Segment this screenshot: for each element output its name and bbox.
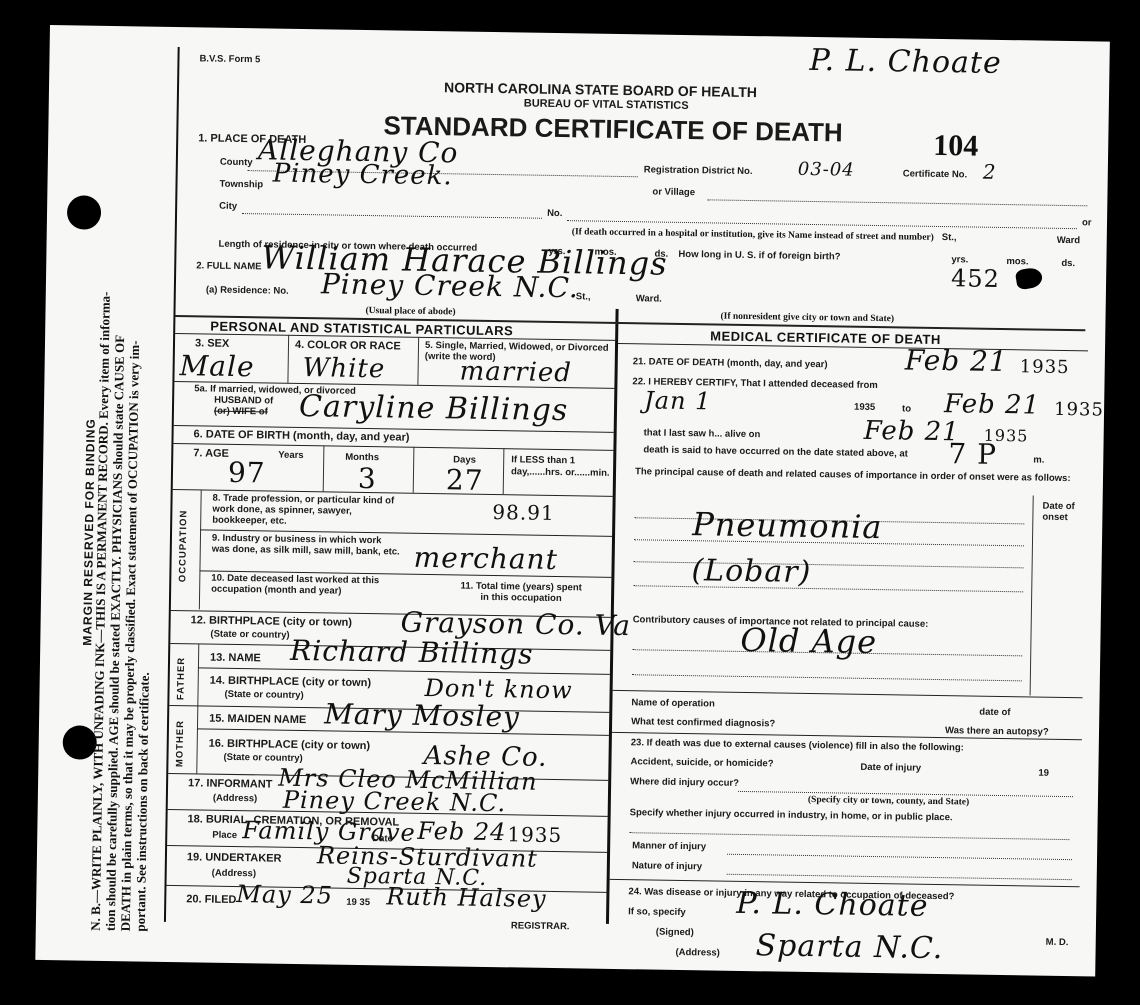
mother-name-label: 15. MAIDEN NAME bbox=[209, 713, 306, 727]
residence-label: (a) Residence: No. bbox=[206, 284, 289, 296]
full-name-label: 2. FULL NAME bbox=[196, 260, 261, 272]
last-saw-label: that I last saw h... alive on bbox=[644, 427, 761, 440]
margin-reserved-text: MARGIN RESERVED FOR BINDING bbox=[80, 418, 98, 646]
father-birthplace-state-label: (State or country) bbox=[224, 689, 303, 701]
attended-from-year: 1935 bbox=[854, 402, 875, 413]
record-note-number: 452 bbox=[951, 264, 1000, 293]
informant-label: 17. INFORMANT bbox=[188, 777, 273, 790]
margin-instructions: N. B.—WRITE PLAINLY, WITH UNFADING INK—T… bbox=[88, 291, 158, 931]
binding-hole-top bbox=[67, 195, 102, 230]
mother-birthplace-state-label: (State or country) bbox=[223, 752, 302, 764]
undertaker-label: 19. UNDERTAKER bbox=[187, 851, 282, 864]
spouse-label-2: HUSBAND of bbox=[214, 395, 273, 407]
street-no-label: No. bbox=[547, 208, 562, 219]
injury-date-label: Date of injury bbox=[860, 762, 921, 774]
last-worked-label: 10. Date deceased last worked at this oc… bbox=[211, 573, 401, 598]
form-left-border bbox=[164, 47, 180, 922]
age-label: 7. AGE bbox=[193, 447, 229, 460]
divider bbox=[287, 335, 289, 383]
date-of-onset-label: Date of onset bbox=[1042, 501, 1102, 524]
agency-title: NORTH CAROLINA STATE BOARD OF HEALTH bbox=[444, 79, 757, 100]
ward-label: Ward bbox=[1057, 235, 1081, 246]
top-signature: P. L. Choate bbox=[809, 43, 1002, 81]
nature-label: Nature of injury bbox=[632, 860, 702, 872]
foreign-mos-label: mos. bbox=[1006, 256, 1028, 267]
to-label: to bbox=[902, 403, 911, 414]
physician-address-value[interactable]: Sparta N.C. bbox=[755, 928, 943, 966]
certificate-no-label: Certificate No. bbox=[903, 168, 968, 180]
foreign-birth-label: How long in U. S. if of foreign birth? bbox=[678, 249, 840, 263]
age-days-value[interactable]: 27 bbox=[446, 463, 484, 497]
township-value[interactable]: Piney Creek. bbox=[272, 159, 452, 192]
certificate-paper: N. B.—WRITE PLAINLY, WITH UNFADING INK—T… bbox=[35, 25, 1110, 977]
cause-label: The principal cause of death and related… bbox=[635, 466, 1075, 485]
abode-note: (Usual place of abode) bbox=[365, 306, 455, 317]
age-years-value[interactable]: 97 bbox=[228, 456, 266, 490]
if-so-label: If so, specify bbox=[628, 906, 686, 918]
sex-label: 3. SEX bbox=[195, 337, 229, 350]
date-of-death-year[interactable]: 1935 bbox=[1020, 356, 1070, 378]
residence-ward-label: Ward. bbox=[636, 293, 662, 304]
bureau-title: BUREAU OF VITAL STATISTICS bbox=[524, 97, 689, 112]
city-label: City bbox=[219, 201, 237, 212]
signed-label: (Signed) bbox=[656, 927, 694, 939]
cause-detail-value[interactable]: (Lobar) bbox=[691, 553, 811, 590]
attended-to-year[interactable]: 1935 bbox=[1054, 399, 1104, 421]
township-label: Township bbox=[219, 179, 263, 191]
informant-address-label: (Address) bbox=[213, 793, 258, 805]
age-months-value[interactable]: 3 bbox=[358, 462, 377, 495]
industry-label: 9. Industry or business in which work wa… bbox=[212, 533, 402, 558]
principal-cause-value[interactable]: Pneumonia bbox=[692, 505, 883, 546]
spouse-label-3: (or) WIFE of bbox=[214, 406, 268, 418]
industry-value[interactable]: merchant bbox=[413, 541, 558, 576]
physician-address-label: (Address) bbox=[675, 947, 720, 959]
father-side-label: FATHER bbox=[175, 657, 187, 700]
cause-line bbox=[632, 674, 1022, 681]
spouse-value[interactable]: Caryline Billings bbox=[299, 389, 569, 428]
residence-value[interactable]: Piney Creek N.C. bbox=[321, 267, 579, 304]
accident-label: Accident, suicide, or homicide? bbox=[630, 756, 773, 769]
md-label: M. D. bbox=[1046, 937, 1069, 948]
residence-st-label: St., bbox=[576, 291, 591, 302]
manner-line bbox=[727, 854, 1072, 860]
village-line bbox=[707, 199, 1087, 206]
father-birthplace-label: 14. BIRTHPLACE (city or town) bbox=[210, 675, 372, 690]
marital-value[interactable]: married bbox=[459, 356, 572, 388]
date-of-death-value[interactable]: Feb 21 bbox=[905, 343, 1008, 378]
operation-date-label: date of bbox=[979, 707, 1010, 718]
ink-blot bbox=[1015, 266, 1044, 290]
specify-place-note: (Specify city or town, county, and State… bbox=[808, 795, 969, 808]
specify-line bbox=[629, 832, 1069, 840]
page-number: 104 bbox=[933, 129, 979, 164]
total-time-label: 11. Total time (years) spent in this occ… bbox=[456, 580, 586, 604]
rule bbox=[173, 443, 613, 451]
specify-where-label: Specify whether injury occurred in indus… bbox=[630, 807, 953, 823]
manner-label: Manner of injury bbox=[632, 840, 706, 852]
divider bbox=[417, 337, 419, 385]
county-label: County bbox=[220, 157, 253, 169]
divider bbox=[323, 445, 325, 491]
trade-value[interactable]: 98.91 bbox=[492, 500, 555, 525]
contributory-value[interactable]: Old Age bbox=[740, 621, 877, 661]
where-injury-label: Where did injury occur? bbox=[630, 776, 739, 789]
birthplace-state-label: (State or country) bbox=[210, 629, 289, 641]
last-saw-value[interactable]: Feb 21 bbox=[863, 416, 959, 448]
m-label: m. bbox=[1033, 454, 1044, 465]
race-value[interactable]: White bbox=[302, 353, 385, 384]
nature-line bbox=[727, 874, 1072, 880]
race-label: 4. COLOR OR RACE bbox=[295, 339, 401, 353]
village-label: or Village bbox=[652, 186, 695, 198]
burial-place-label: Place bbox=[212, 830, 237, 841]
operation-label: Name of operation bbox=[631, 697, 715, 709]
hospital-note: (If death occurred in a hospital or inst… bbox=[572, 227, 934, 243]
sex-value[interactable]: Male bbox=[179, 349, 254, 383]
mother-birthplace-label: 16. BIRTHPLACE (city or town) bbox=[209, 738, 371, 753]
registration-district-value[interactable]: 03-04 bbox=[798, 159, 855, 181]
dob-label: 6. DATE OF BIRTH (month, day, and year) bbox=[193, 428, 409, 443]
physician-signature[interactable]: P. L. Choate bbox=[736, 886, 929, 924]
or-label: or bbox=[1082, 217, 1092, 228]
certificate-no-value[interactable]: 2 bbox=[983, 160, 997, 184]
father-name-label: 13. NAME bbox=[210, 652, 261, 665]
burial-year-value[interactable]: 1935 bbox=[507, 822, 562, 847]
father-name-value[interactable]: Richard Billings bbox=[290, 634, 534, 671]
registrar-signature[interactable]: Ruth Halsey bbox=[386, 882, 547, 913]
attended-to-value[interactable]: Feb 21 bbox=[944, 389, 1040, 421]
autopsy-label: Was there an autopsy? bbox=[945, 725, 1049, 738]
city-line bbox=[242, 213, 542, 219]
less-than-day-label: If LESS than 1 day,......hrs. or......mi… bbox=[511, 454, 611, 480]
street-label: St., bbox=[942, 232, 957, 243]
registrar-label: REGISTRAR. bbox=[511, 920, 570, 932]
years-label: Years bbox=[278, 450, 304, 461]
divider bbox=[413, 447, 415, 493]
filed-date-value[interactable]: May 25 bbox=[236, 880, 333, 910]
injury-year-label: 19 bbox=[1038, 768, 1049, 779]
nonresident-note: (If nonresident give city or town and St… bbox=[720, 312, 894, 325]
mother-side-label: MOTHER bbox=[174, 720, 186, 767]
onset-divider bbox=[1030, 495, 1034, 695]
occupation-side-border bbox=[199, 489, 202, 609]
foreign-ds-label: ds. bbox=[1061, 258, 1075, 269]
registration-district-label: Registration District No. bbox=[644, 164, 753, 177]
form-id: B.V.S. Form 5 bbox=[199, 53, 260, 65]
test-label: What test confirmed diagnosis? bbox=[631, 716, 775, 729]
filed-label: 20. FILED bbox=[186, 893, 236, 906]
birthplace-label: 12. BIRTHPLACE (city or town) bbox=[191, 614, 353, 629]
external-causes-label: 23. If death was due to external causes … bbox=[631, 737, 964, 753]
mother-name-value[interactable]: Mary Mosley bbox=[324, 697, 520, 733]
attended-from-value[interactable]: Jan 1 bbox=[644, 386, 712, 415]
time-of-death-value[interactable]: 7 P bbox=[948, 437, 997, 471]
date-of-death-label: 21. DATE OF DEATH (month, day, and year) bbox=[633, 356, 828, 370]
parents-side-border bbox=[196, 643, 199, 773]
undertaker-address-label: (Address) bbox=[212, 868, 257, 880]
trade-label: 8. Trade profession, or particular kind … bbox=[212, 493, 402, 529]
occupation-side-label: OCCUPATION bbox=[177, 510, 189, 583]
burial-date-value[interactable]: Feb 24 bbox=[417, 817, 507, 846]
filed-year-value: 19 35 bbox=[346, 897, 370, 908]
divider bbox=[503, 448, 505, 494]
